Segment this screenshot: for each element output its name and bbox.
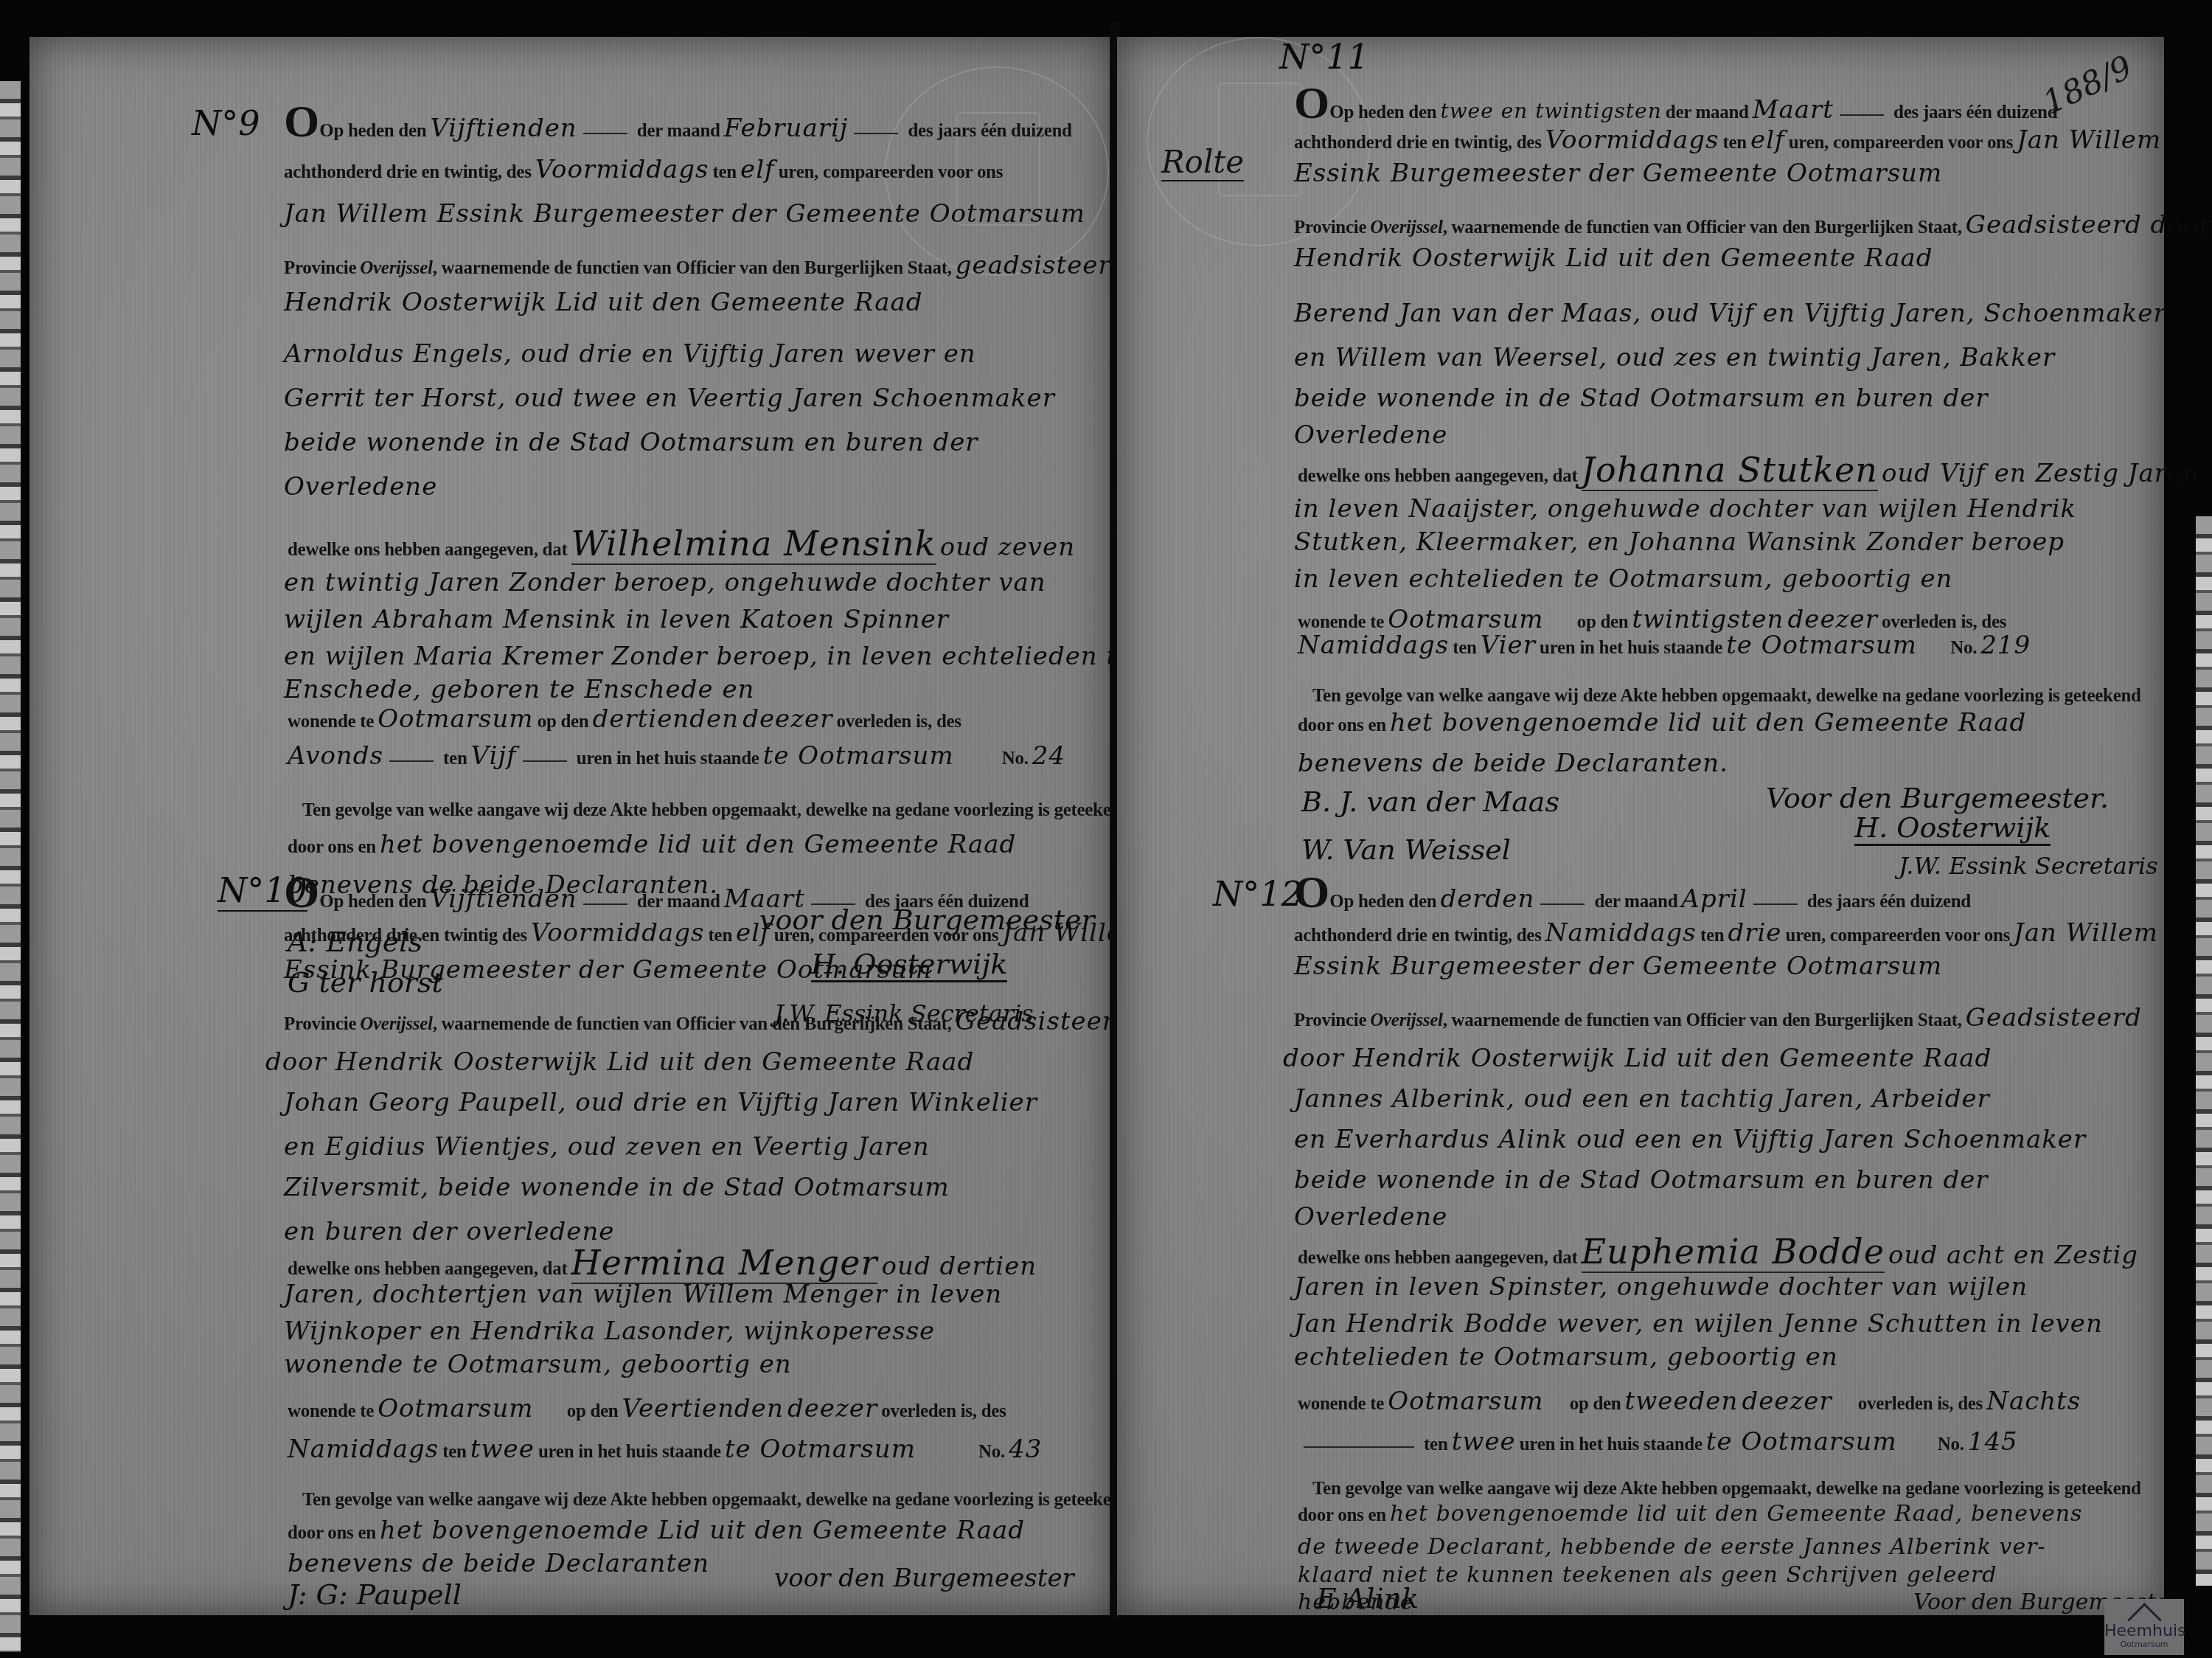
heemhuis-logo: Heemhuis Ootmarsum — [2104, 1599, 2184, 1655]
signature-witness-1: E Alink — [1316, 1582, 1419, 1614]
deceased-ref-line: Overledene — [1294, 1202, 1447, 1232]
description-line: in leven Naaijster, ongehuwde dochter va… — [1294, 494, 2076, 524]
deceased-ref-line: Overledene — [1294, 420, 1447, 450]
death-time-line: Namiddags ten twee uren in het huis staa… — [288, 1435, 1042, 1464]
act-date-line: achthonderd drie en twintig, des Voormid… — [1294, 125, 2161, 155]
closing-line-3: benevens de beide Declaranten. — [1298, 749, 1728, 778]
description-line: en wijlen Maria Kremer Zonder beroep, in… — [284, 642, 1133, 671]
act-opening-line: OOp heden den Vijftienden der maand Febr… — [284, 96, 1072, 148]
closing-text: Ten gevolge van welke aangave wij deze A… — [1312, 686, 2141, 707]
closing-line-2: door ons en het bovengenoemde lid uit de… — [1298, 708, 2026, 738]
act-opening-line: OOp heden den twee en twintigsten der ma… — [1294, 77, 2057, 130]
province-line: Provincie Overijssel, waarnemende de fun… — [284, 1007, 1132, 1036]
act-12: N°12 OOp heden den derden der maand Apri… — [1117, 848, 2164, 1615]
province-line: Provincie Overijssel, waarnemende de fun… — [1294, 210, 2212, 240]
left-page: N°9 OOp heden den Vijftienden der maand … — [29, 37, 1113, 1615]
act-opening-line: OOp heden den derden der maand April des… — [1294, 867, 1971, 919]
declaration-line: dewelke ons hebben aangegeven, dat Wilhe… — [288, 524, 1075, 563]
witness-1-line: Johan Georg Paupell, oud drie en Vijftig… — [284, 1088, 1037, 1117]
description-line: Jaren, dochtertjen van wijlen Willem Men… — [284, 1280, 1002, 1309]
house-number: 219 — [1980, 631, 2031, 660]
closing-text: Ten gevolge van welke aangave wij deze A… — [302, 800, 1131, 821]
house-number: 43 — [1009, 1435, 1042, 1464]
mayor-line: Essink Burgemeester der Gemeente Ootmars… — [284, 955, 932, 985]
act-10: N°10 OOp heden den Vijftienden der maand… — [29, 848, 1113, 1615]
act-number: N°11 — [1279, 37, 1369, 77]
witness-2-line: en Willem van Weersel, oud zes en twinti… — [1294, 343, 2055, 372]
witness-1-line: Berend Jan van der Maas, oud Vijf en Vij… — [1294, 299, 2166, 328]
province-line: Provincie Overijssel, waarnemende de fun… — [284, 251, 1197, 280]
act-date-line: achthonderd drie en twintig des Voormidd… — [284, 918, 1147, 948]
witness-2-line: en Everhardus Alink oud een en Vijftig J… — [1294, 1125, 2086, 1154]
assistant-line: Hendrik Oosterwijk Lid uit den Gemeente … — [284, 288, 923, 317]
description-line: wonende te Ootmarsum, geboortig en — [284, 1350, 792, 1379]
witness-2-line: Gerrit ter Horst, oud twee en Veertig Ja… — [284, 384, 1055, 413]
death-date-line: wonende te Ootmarsum op den twintigsten … — [1298, 605, 2006, 634]
death-time-line: Namiddags ten Vier uren in het huis staa… — [1298, 631, 2031, 660]
death-date-line: wonende te Ootmarsum op den tweeden deez… — [1298, 1387, 2081, 1416]
assistant-line: Hendrik Oosterwijk Lid uit den Gemeente … — [1294, 243, 1933, 273]
description-line: Enschede, geboren te Enschede en — [284, 675, 754, 704]
residence-line: beide wonende in de Stad Ootmarsum en bu… — [284, 428, 978, 457]
right-page: Rolte N°11 OOp heden den twee en twintig… — [1117, 37, 2164, 1615]
closing-text: Ten gevolge van welke aangave wij deze A… — [302, 1490, 1131, 1510]
deceased-name: Euphemia Bodde — [1582, 1232, 1885, 1273]
closing-line-3: benevens de beide Declaranten — [288, 1549, 709, 1578]
province-line: Provincie Overijssel, waarnemende de fun… — [1294, 1003, 2142, 1033]
act-9: N°9 OOp heden den Vijftienden der maand … — [29, 37, 1113, 848]
witness-1-line: Arnoldus Engels, oud drie en Vijftig Jar… — [284, 339, 976, 369]
declaration-line: dewelke ons hebben aangegeven, dat Hermi… — [288, 1243, 1037, 1283]
description-line: Jan Hendrik Bodde wever, en wijlen Jenne… — [1294, 1309, 2103, 1339]
declaration-line: dewelke ons hebben aangegeven, dat Johan… — [1298, 450, 2199, 490]
description-line: Wijnkoper en Hendrika Lasonder, wijnkope… — [284, 1317, 935, 1346]
description-line: wijlen Abraham Mensink in leven Katoen S… — [284, 605, 949, 634]
death-date-line: wonende te Ootmarsum op den Veertienden … — [288, 1394, 1006, 1423]
house-number: 145 — [1968, 1427, 2018, 1457]
mayor-line: Jan Willem Essink Burgemeester der Gemee… — [284, 199, 1085, 229]
residence-line: Zilversmit, beide wonende in de Stad Oot… — [284, 1173, 950, 1202]
death-time-line: ten twee uren in het huis staande te Oot… — [1298, 1427, 2018, 1457]
description-line: en twintig Jaren Zonder beroep, ongehuwd… — [284, 568, 1046, 597]
deceased-name: Hermina Menger — [571, 1243, 878, 1284]
closing-text: Ten gevolge van welke aangave wij deze A… — [1312, 1479, 2141, 1499]
act-number: N°9 — [192, 103, 260, 143]
deceased-name: Wilhelmina Mensink — [571, 524, 936, 565]
logo-subtitle: Ootmarsum — [2104, 1640, 2184, 1649]
act-number: N°12 — [1213, 874, 1303, 914]
residence-line: beide wonende in de Stad Ootmarsum en bu… — [1294, 384, 1989, 413]
mayor-line: Essink Burgemeester der Gemeente Ootmars… — [1294, 159, 1942, 188]
death-date-line: wonende te Ootmarsum op den dertienden d… — [288, 704, 961, 734]
house-number: 24 — [1032, 741, 1065, 771]
signature-official: H. Oosterwijk — [1854, 811, 2051, 846]
act-11: N°11 OOp heden den twee en twintigsten d… — [1117, 37, 2164, 848]
closing-line-2: door ons en het bovengenoemde lid uit de… — [1298, 1501, 2082, 1527]
declaration-line: dewelke ons hebben aangegeven, dat Euphe… — [1298, 1232, 2138, 1272]
mayor-line: Essink Burgemeester der Gemeente Ootmars… — [1294, 951, 1942, 981]
assistant-line: door Hendrik Oosterwijk Lid uit den Geme… — [1283, 1044, 1992, 1073]
month-field: Februarij — [724, 114, 849, 143]
scanner-edge-left — [0, 81, 21, 1652]
description-line: in leven echtelieden te Ootmarsum, geboo… — [1294, 564, 1952, 594]
signature-for-mayor: Voor den Burgemeester. — [1766, 782, 2109, 814]
description-line: Jaren in leven Spinster, ongehuwde docht… — [1294, 1272, 2028, 1302]
description-line: echtelieden te Ootmarsum, geboortig en — [1294, 1342, 1838, 1372]
deceased-ref-line: Overledene — [284, 472, 437, 502]
closing-line-2: door ons en het bovengenoemde Lid uit de… — [288, 1516, 1025, 1545]
act-opening-line: OOp heden den Vijftienden der maand Maar… — [284, 867, 1029, 919]
signature-for-mayor: voor den Burgemeester — [774, 1564, 1074, 1593]
death-time-line: Avonds ten Vijf uren in het huis staande… — [288, 741, 1065, 771]
act-date-line: achthonderd drie en twintig, des Namidda… — [1294, 918, 2158, 948]
description-line: Stutken, Kleermaker, en Johanna Wansink … — [1294, 527, 2065, 557]
deceased-ref-line: en buren der overledene — [284, 1217, 614, 1246]
assistant-line: door Hendrik Oosterwijk Lid uit den Geme… — [265, 1047, 974, 1077]
act-date-line: achthonderd drie en twintig, des Voormid… — [284, 155, 1003, 184]
witness-2-line: en Egidius Wientjes, oud zeven en Veerti… — [284, 1132, 930, 1162]
closing-line-3: de tweede Declarant, hebbende de eerste … — [1298, 1534, 2046, 1560]
scanner-edge-right — [2196, 516, 2212, 1586]
residence-line: beide wonende in de Stad Ootmarsum en bu… — [1294, 1165, 1989, 1195]
deceased-name: Johanna Stutken — [1582, 450, 1878, 491]
witness-1-line: Jannes Alberink, oud een en tachtig Jare… — [1294, 1084, 1990, 1114]
signature-witness-1: B. J. van der Maas — [1301, 785, 1559, 818]
page-bottom-edge — [29, 1619, 2168, 1658]
signature-witness-1: J: G: Paupell — [288, 1578, 462, 1611]
day-field: Vijftienden — [430, 114, 577, 143]
